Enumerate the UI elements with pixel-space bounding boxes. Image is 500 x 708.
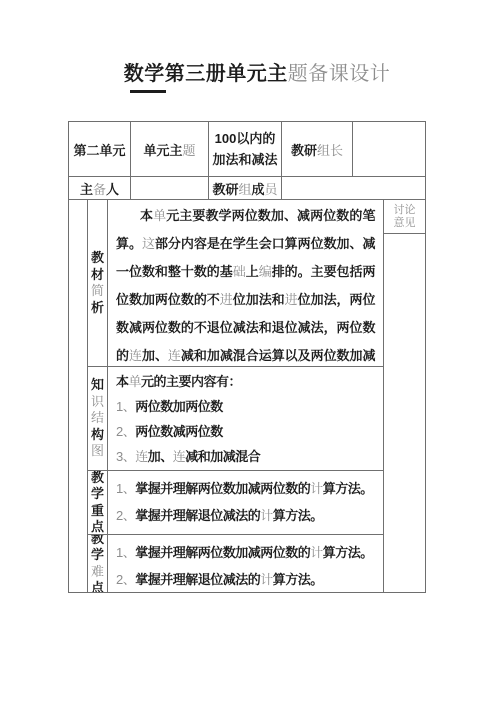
document-title: 数学第三册单元主题备课设计	[68, 57, 426, 86]
section-label-material-analysis: 教材简析	[88, 200, 108, 367]
lesson-plan-table: 第二单元 单元主题 100以内的 加法和减法 教研组长 主备人 教研组成员 教材…	[68, 121, 426, 593]
section-label-teaching-difficulty: 教学难点	[88, 535, 108, 592]
cell-unit-number: 第二单元	[69, 122, 131, 177]
section-label-teaching-focus: 教学重点	[88, 471, 108, 535]
unit-theme-value-line2: 加法和减法	[212, 149, 277, 170]
cell-group-leader-value	[353, 122, 425, 177]
title-underline	[130, 90, 166, 93]
cell-main-preparer-label: 主备人	[69, 177, 131, 200]
content-line: 2、两位数减两位数	[116, 419, 375, 444]
table-body-section: 教材简析 本单元主要教学两位数加、减两位数的笔算。这部分内容是在学生会口算两位数…	[69, 200, 425, 592]
discussion-column: 讨论意见	[384, 200, 425, 592]
section-content-material-analysis: 本单元主要教学两位数加、减两位数的笔算。这部分内容是在学生会口算两位数加、减一位…	[108, 200, 384, 367]
section-content-knowledge-structure: 本单元的主要内容有： 1、两位数加两位数 2、两位数减两位数 3、连加、连减和加…	[108, 367, 384, 471]
document-title-text: 数学第三册单元主题备课设计	[124, 63, 391, 85]
left-margin-column	[69, 200, 88, 592]
cell-unit-theme-label: 单元主题	[131, 122, 209, 177]
content-line: 本单元的主要内容有：	[116, 369, 375, 394]
material-analysis-paragraph: 本单元主要教学两位数加、减两位数的笔算。这部分内容是在学生会口算两位数加、减一位…	[116, 202, 375, 367]
content-line: 1、掌握并理解两位数加减两位数的计算方法。	[116, 539, 375, 566]
section-label-knowledge-structure: 知识结构图	[88, 367, 108, 471]
cell-main-preparer-value	[131, 177, 209, 200]
content-line: 3、连加、连减和加减混合	[116, 444, 375, 469]
discussion-label: 讨论意见	[393, 204, 417, 230]
content-line: 2、掌握并理解退位减法的计算方法。	[116, 566, 375, 592]
cell-group-leader-label: 教研组长	[282, 122, 353, 177]
discussion-content-area	[384, 234, 425, 592]
content-line: 2、掌握并理解退位减法的计算方法。	[116, 502, 375, 529]
cell-group-members-label: 教研组成员	[209, 177, 282, 200]
section-content-teaching-focus: 1、掌握并理解两位数加减两位数的计算方法。 2、掌握并理解退位减法的计算方法。	[108, 471, 384, 535]
discussion-header: 讨论意见	[384, 200, 425, 234]
content-line: 1、两位数加两位数	[116, 394, 375, 419]
table-header-section: 第二单元 单元主题 100以内的 加法和减法 教研组长 主备人 教研组成员	[69, 122, 425, 200]
cell-group-members-value	[282, 177, 425, 200]
content-line: 1、掌握并理解两位数加减两位数的计算方法。	[116, 475, 375, 502]
unit-theme-value-line1: 100以内的	[215, 128, 276, 149]
section-content-teaching-difficulty: 1、掌握并理解两位数加减两位数的计算方法。 2、掌握并理解退位减法的计算方法。	[108, 535, 384, 592]
cell-unit-theme-value: 100以内的 加法和减法	[209, 122, 282, 177]
